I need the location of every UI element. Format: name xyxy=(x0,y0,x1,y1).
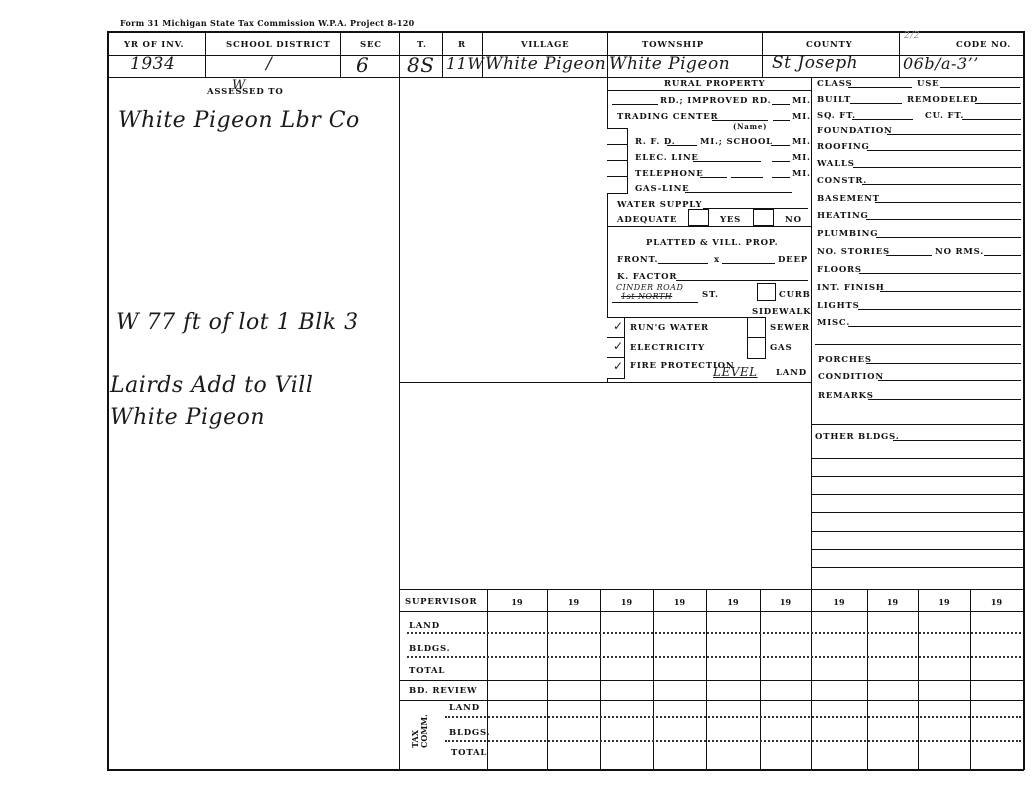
sq-ft-field[interactable] xyxy=(852,119,913,120)
foundation-label: FOUNDATION xyxy=(817,126,893,136)
rule xyxy=(399,700,1023,701)
name-hint: (Name) xyxy=(733,122,767,131)
adequate-label: ADEQUATE xyxy=(617,215,677,225)
rule xyxy=(487,589,488,769)
assessed-owner[interactable]: White Pigeon Lbr Co xyxy=(118,108,360,133)
total-label: TOTAL xyxy=(409,666,445,676)
remodeled-field[interactable] xyxy=(975,103,1021,104)
built-field[interactable] xyxy=(850,103,902,104)
code-no-value[interactable]: 06b/a-3’’ xyxy=(903,54,979,73)
year-header[interactable]: 19 xyxy=(760,597,811,607)
tax-comm-label: TAXCOMM. xyxy=(411,714,429,748)
dotted-rule xyxy=(407,632,1021,634)
tax-comm-total-label: TOTAL xyxy=(451,748,487,758)
constr-label: CONSTR. xyxy=(817,176,867,186)
assessed-to-label: ASSESSED TO xyxy=(207,87,284,97)
year-header[interactable]: 19 xyxy=(918,597,970,607)
k-factor-field[interactable] xyxy=(676,280,808,281)
adequate-yes-checkbox[interactable] xyxy=(688,209,709,226)
front-field[interactable] xyxy=(658,263,708,264)
electricity-label: ELECTRICITY xyxy=(630,343,705,353)
col-code-no: CODE NO. xyxy=(956,40,1011,50)
year-header[interactable]: 19 xyxy=(547,597,600,607)
rule xyxy=(918,589,919,769)
description-line-2[interactable]: Lairds Add to Vill xyxy=(110,373,313,398)
year-header[interactable]: 19 xyxy=(600,597,653,607)
school-district-value[interactable]: / xyxy=(266,54,272,74)
dotted-rule xyxy=(445,740,1021,742)
frame-right xyxy=(1023,31,1025,770)
condition-label: CONDITION xyxy=(818,372,884,382)
basement-label: BASEMENT xyxy=(817,194,880,204)
cu-ft-field[interactable] xyxy=(962,119,1021,120)
year-header[interactable]: 19 xyxy=(811,597,867,607)
year-header[interactable]: 19 xyxy=(970,597,1023,607)
no-stories-label: NO. STORIES xyxy=(817,247,890,257)
col-county: COUNTY xyxy=(806,40,853,50)
platted-title: PLATTED & VILL. PROP. xyxy=(646,238,778,248)
sewer-checkbox[interactable] xyxy=(747,317,766,339)
plumbing-label: PLUMBING xyxy=(817,229,878,239)
bd-review-label: BD. REVIEW xyxy=(409,686,477,696)
rule xyxy=(653,589,654,769)
use-field[interactable] xyxy=(940,87,1020,88)
dotted-rule xyxy=(407,656,1021,658)
elec-line-label: ELEC. LINE xyxy=(635,153,699,163)
misc-label: MISC. xyxy=(817,318,850,328)
remarks-label: REMARKS xyxy=(818,391,874,401)
col-t: T. xyxy=(417,40,427,50)
trading-center-field[interactable] xyxy=(712,120,768,121)
fire-protection-check-icon[interactable]: ✓ xyxy=(613,359,623,373)
bldgs-label: BLDGS. xyxy=(409,644,450,654)
col-township: TOWNSHIP xyxy=(642,40,704,50)
adequate-no-checkbox[interactable] xyxy=(753,209,774,226)
sidewalk-label: SIDEWALK xyxy=(752,307,811,317)
rule xyxy=(867,589,868,769)
class-field[interactable] xyxy=(848,87,912,88)
curb-checkbox[interactable] xyxy=(757,283,776,301)
rule xyxy=(399,589,1023,590)
land-label: LAND xyxy=(409,621,440,631)
year-header[interactable]: 19 xyxy=(867,597,918,607)
rd-improved-label: RD.; IMPROVED RD. xyxy=(660,96,771,106)
land-value[interactable]: LEVEL xyxy=(713,365,758,379)
col-r: R xyxy=(458,40,466,50)
k-factor-label: K. FACTOR xyxy=(617,272,677,282)
deep-field[interactable] xyxy=(722,263,775,264)
year-header[interactable]: 19 xyxy=(706,597,760,607)
col-sec: SEC xyxy=(360,40,382,50)
rule xyxy=(399,680,1023,681)
roofing-label: ROOFING xyxy=(817,142,870,152)
supervisor-label: SUPERVISOR xyxy=(405,597,477,607)
int-finish-label: INT. FINISH xyxy=(817,283,885,293)
description-line-3[interactable]: White Pigeon xyxy=(110,405,265,430)
frame-bottom xyxy=(107,769,1024,771)
runs-water-label: RUN'G WATER xyxy=(630,323,709,333)
frame-top xyxy=(107,31,1024,33)
yr-of-inv-value[interactable]: 1934 xyxy=(130,54,175,74)
rule xyxy=(600,589,601,769)
rule xyxy=(706,589,707,769)
gas-line-label: GAS-LINE xyxy=(635,184,689,194)
township-value[interactable]: White Pigeon xyxy=(609,54,730,74)
st-label: ST. xyxy=(702,290,719,300)
t-value[interactable]: 8S xyxy=(407,53,434,77)
street-value-2[interactable]: 1st NORTH xyxy=(621,292,672,301)
lights-label: LIGHTS xyxy=(817,301,860,311)
col-yr-of-inv: YR OF INV. xyxy=(124,40,184,50)
walls-label: WALLS xyxy=(817,159,855,169)
county-value[interactable]: St Joseph xyxy=(772,53,858,73)
rural-property-title: RURAL PROPERTY xyxy=(664,79,765,89)
rule xyxy=(399,611,1023,612)
gas-checkbox[interactable] xyxy=(747,337,766,359)
tax-comm-bldgs-label: BLDGS. xyxy=(449,728,490,738)
rule xyxy=(547,589,548,769)
col-village: VILLAGE xyxy=(521,40,569,50)
col-school-district: SCHOOL DISTRICT xyxy=(226,40,331,50)
porches-label: PORCHES xyxy=(818,355,872,365)
description-line-1[interactable]: W 77 ft of lot 1 Blk 3 xyxy=(116,310,359,335)
front-label: FRONT. xyxy=(617,255,658,265)
telephone-label: TELEPHONE xyxy=(635,169,704,179)
built-label: BUILT xyxy=(817,95,851,105)
frame-left xyxy=(107,31,109,770)
electricity-check-icon[interactable]: ✓ xyxy=(613,339,623,353)
dotted-rule xyxy=(445,716,1021,718)
rule xyxy=(760,589,761,769)
other-bldgs-label: OTHER BLDGS. xyxy=(815,432,899,442)
tax-comm-land-label: LAND xyxy=(449,703,480,713)
sec-value[interactable]: 6 xyxy=(356,53,369,77)
runs-water-check-icon[interactable]: ✓ xyxy=(613,319,623,333)
rural-checkbox-column xyxy=(607,128,628,194)
land-label: LAND xyxy=(776,368,807,378)
code-prefix: 2/2 xyxy=(904,31,920,41)
floors-label: FLOORS xyxy=(817,265,862,275)
rule xyxy=(970,589,971,769)
trading-center-label: TRADING CENTER xyxy=(617,112,718,122)
r-value[interactable]: 11W xyxy=(446,54,484,73)
rule xyxy=(811,589,812,769)
heating-label: HEATING xyxy=(817,211,869,221)
year-header[interactable]: 19 xyxy=(487,597,547,607)
village-value[interactable]: White Pigeon xyxy=(485,54,606,74)
street-value-1[interactable]: CINDER ROAD xyxy=(616,283,683,292)
year-header[interactable]: 19 xyxy=(653,597,706,607)
form-title: Form 31 Michigan State Tax Commission W.… xyxy=(120,18,414,28)
sq-ft-label: SQ. FT. xyxy=(817,111,856,121)
